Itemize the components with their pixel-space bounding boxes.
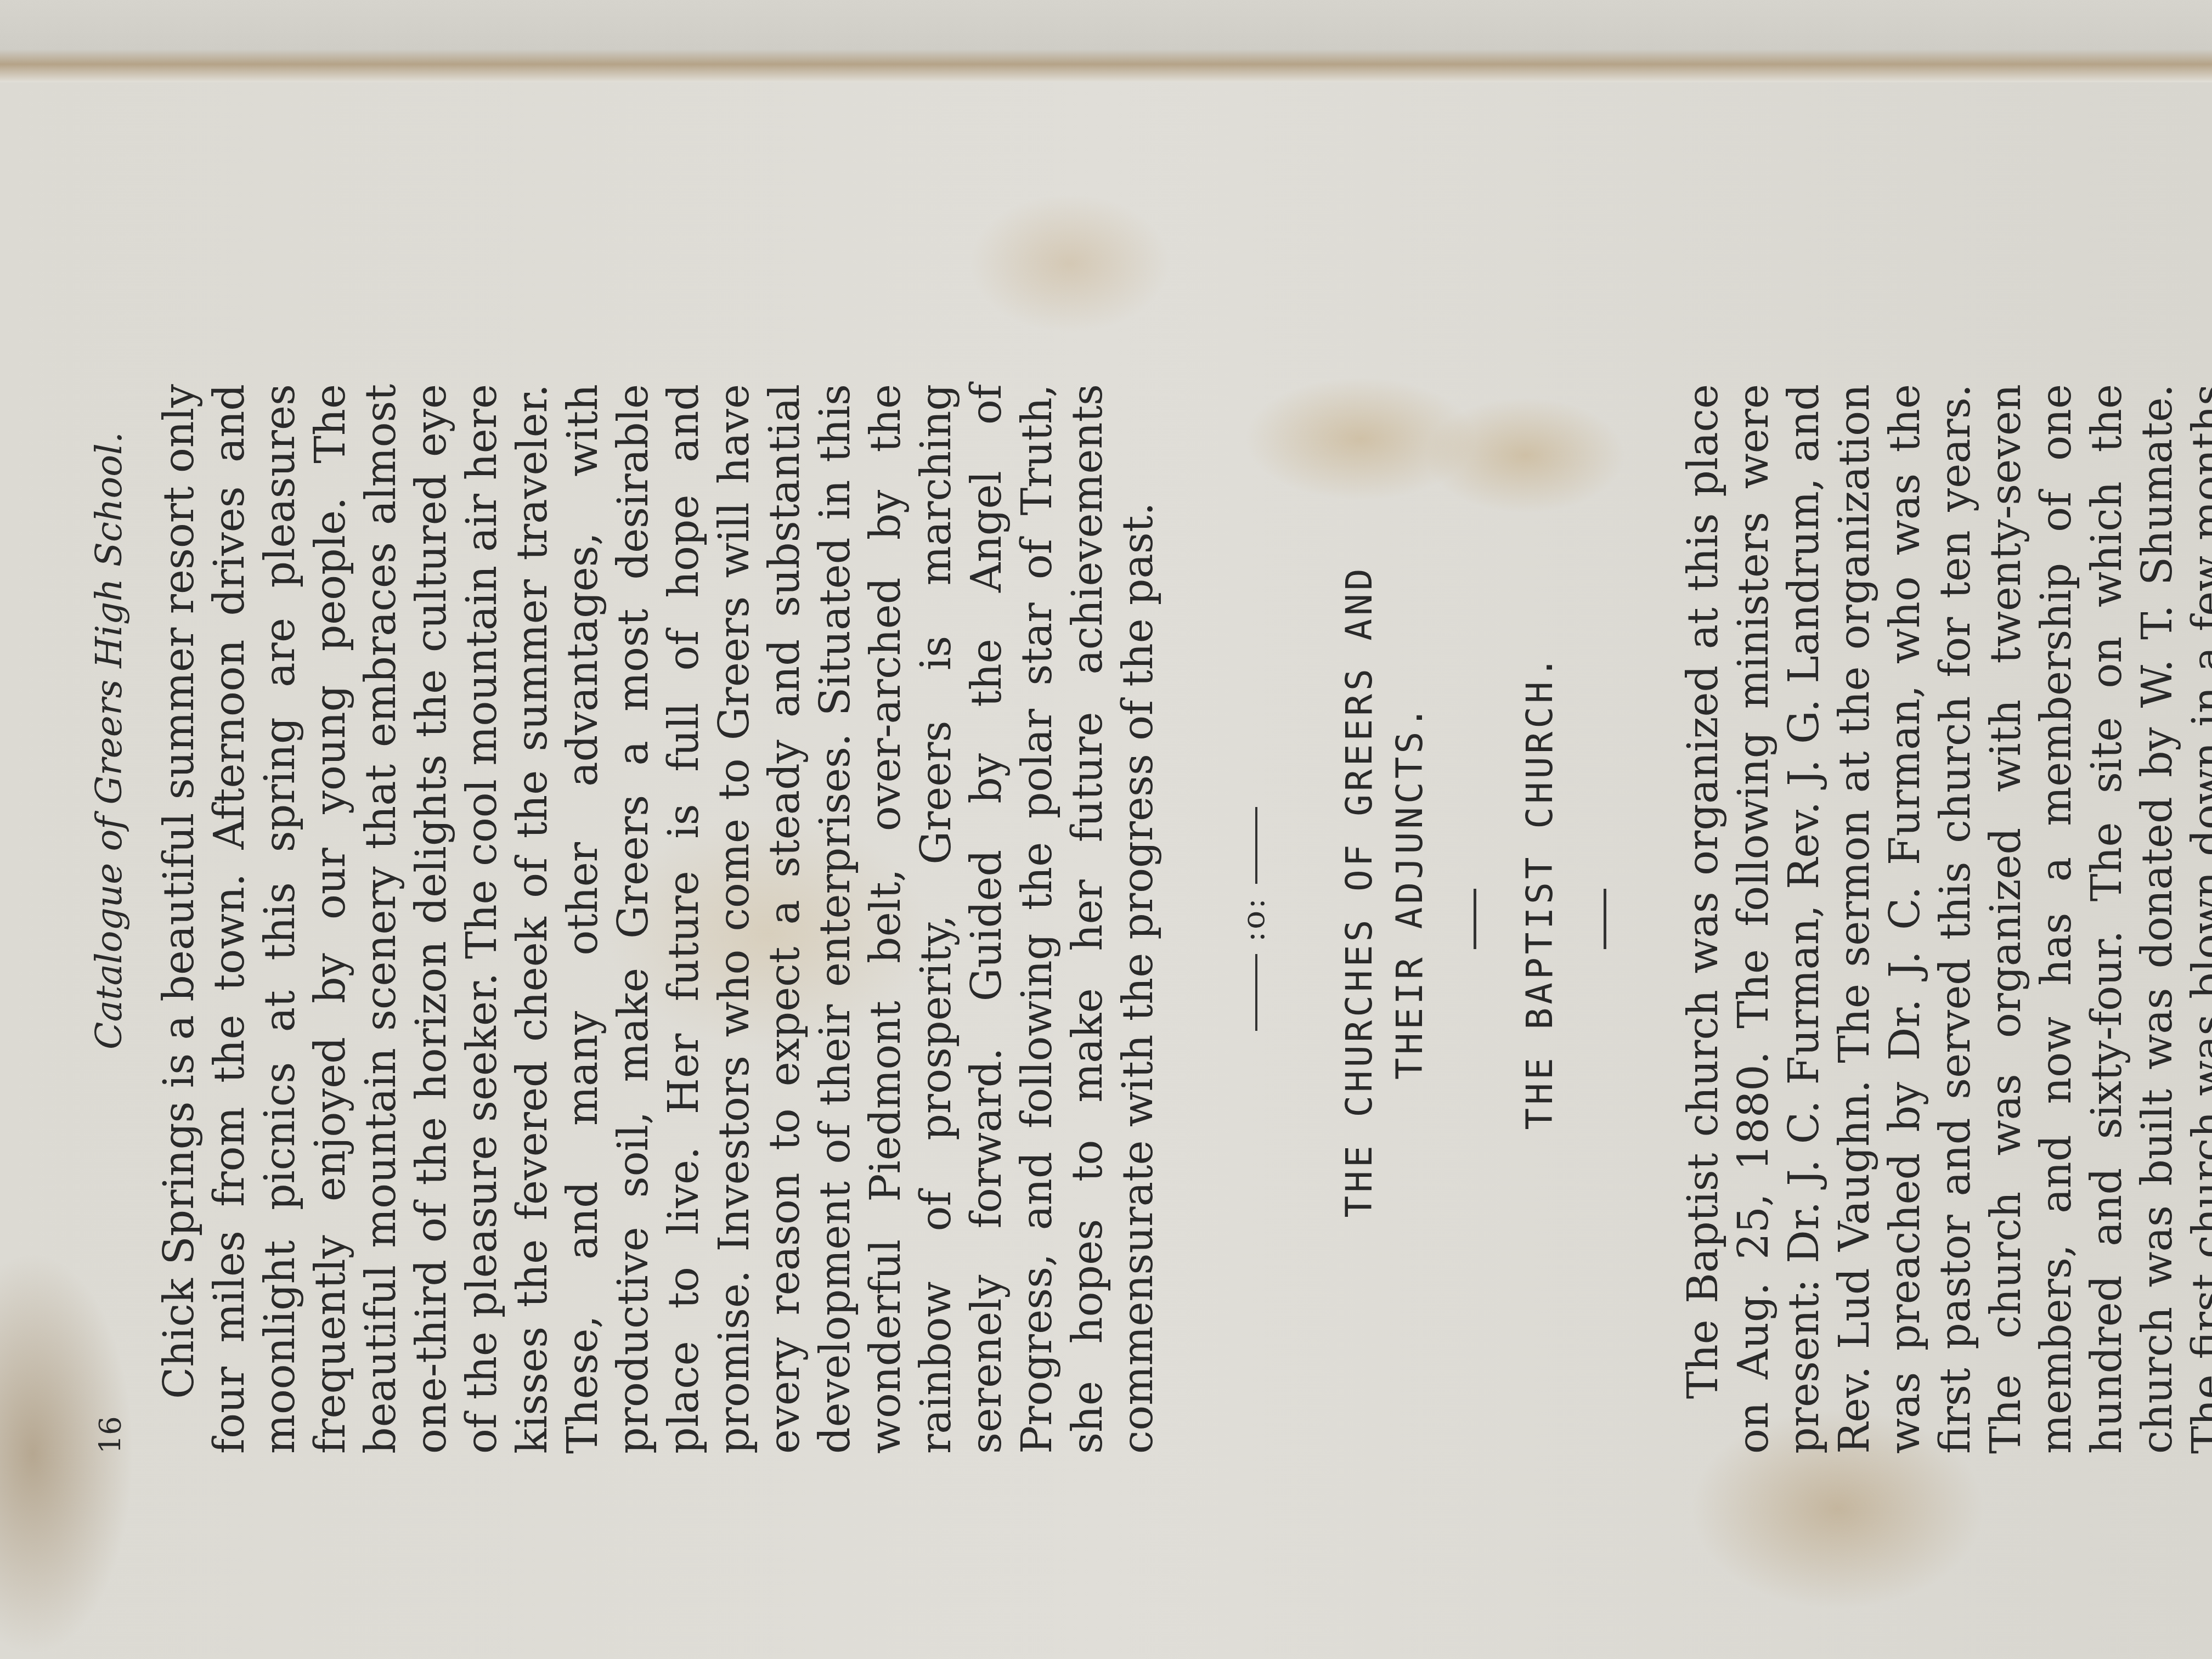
short-rule: [1604, 889, 1606, 949]
short-rule: [1474, 889, 1476, 949]
subsection-heading: THE BAPTIST CHURCH.: [1515, 384, 1565, 1454]
page-body: Chick Springs is a beautiful summer reso…: [154, 384, 2212, 1454]
book-page: 16 Catalogue of Greers High School. Chic…: [82, 0, 2112, 1454]
running-head: 16 Catalogue of Greers High School.: [82, 27, 143, 1454]
section-heading-line-1: THE CHURCHES OF GREERS AND: [1334, 384, 1385, 1454]
separator-rule-left: [1255, 954, 1257, 1031]
section-heading-line-2: THEIR ADJUNCTS.: [1385, 384, 1435, 1454]
separator-rule-right: [1255, 807, 1257, 884]
running-title: Catalogue of Greers High School.: [88, 27, 130, 1454]
separator-ornament: :o:: [1236, 896, 1272, 941]
ornamental-separator: :o:: [1229, 384, 1279, 1454]
paragraph-baptist-church: The Baptist church was organized at this…: [1678, 384, 2212, 1454]
paragraph-chick-springs: Chick Springs is a beautiful summer reso…: [154, 384, 1163, 1454]
